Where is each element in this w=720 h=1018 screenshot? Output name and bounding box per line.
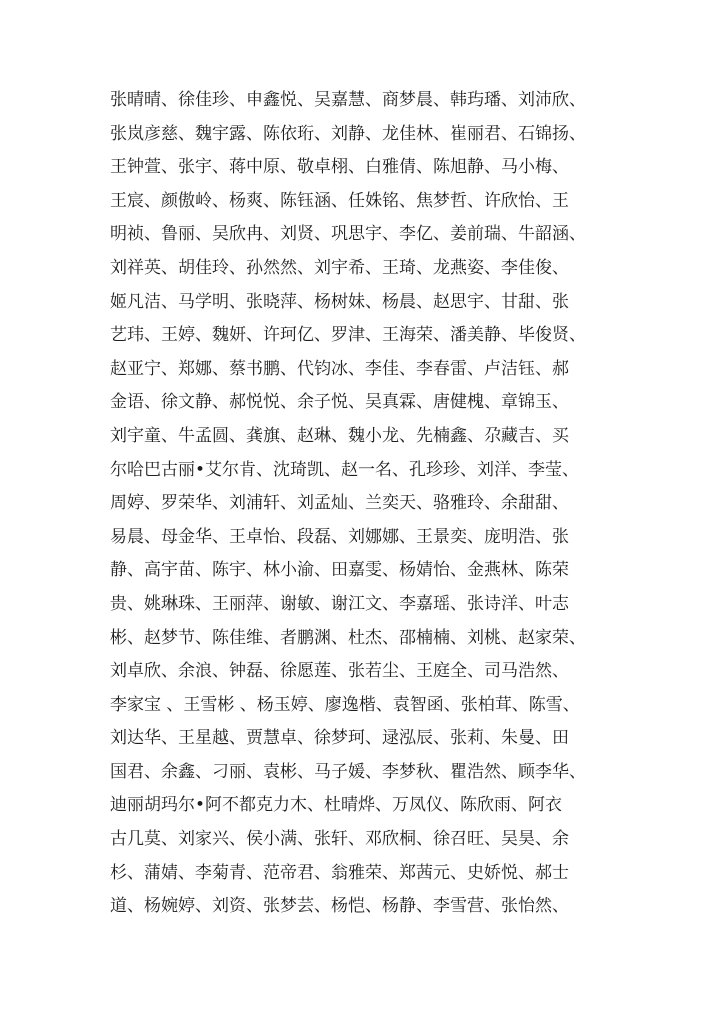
text-line: 刘达华、王星越、贾慧卓、徐梦珂、逯泓辰、张莉、朱曼、田 (110, 722, 600, 756)
text-line: 道、杨婉婷、刘资、张梦芸、杨恺、杨静、李雪营、张怡然、 (110, 890, 600, 924)
text-line: 刘宇童、牛孟圆、龚旗、赵琳、魏小龙、先楠鑫、尕藏吉、买 (110, 420, 600, 454)
text-line: 贵、姚琳珠、王丽萍、谢敏、谢江文、李嘉瑶、张诗洋、叶志 (110, 588, 600, 622)
text-line: 易晨、母金华、王卓怡、段磊、刘娜娜、王景奕、庞明浩、张 (110, 521, 600, 555)
text-line: 周婷、罗荣华、刘浦轩、刘孟灿、兰奕天、骆雅玲、余甜甜、 (110, 487, 600, 521)
text-line: 迪丽胡玛尔•阿不都克力木、杜晴烨、万凤仪、陈欣雨、阿衣 (110, 789, 600, 823)
text-line: 艺玮、王婷、魏妍、许珂亿、罗津、王海荣、潘美静、毕俊贤、 (110, 319, 600, 353)
text-line: 彬、赵梦节、陈佳维、者鹏渊、杜杰、邵楠楠、刘桃、赵家荣、 (110, 622, 600, 656)
text-line: 古几莫、刘家兴、侯小满、张轩、邓欣桐、徐召旺、吴昊、余 (110, 823, 600, 857)
name-list-document: 张晴晴、徐佳珍、申鑫悦、吴嘉慧、商梦晨、韩玙璠、刘沛欣、 张岚彦慈、魏宇露、陈依… (110, 84, 600, 924)
text-line: 赵亚宁、郑娜、蔡书鹏、代钧冰、李佳、李春雷、卢洁钰、郝 (110, 353, 600, 387)
text-line: 杉、蒲婧、李菊青、范帝君、翁雅荣、郑茜元、史娇悦、郝士 (110, 857, 600, 891)
text-line: 刘卓欣、余浪、钟磊、徐愿莲、张若尘、王庭全、司马浩然、 (110, 655, 600, 689)
text-line: 国君、余鑫、刁丽、袁彬、马子媛、李梦秋、瞿浩然、顾李华、 (110, 756, 600, 790)
text-line: 静、高宇苗、陈宇、林小渝、田嘉雯、杨婧怡、金燕林、陈荣 (110, 554, 600, 588)
text-line: 张晴晴、徐佳珍、申鑫悦、吴嘉慧、商梦晨、韩玙璠、刘沛欣、 (110, 84, 600, 118)
text-line: 刘祥英、胡佳玲、孙然然、刘宇希、王琦、龙燕姿、李佳俊、 (110, 252, 600, 286)
text-line: 明祯、鲁丽、吴欣冉、刘贤、巩思宇、李亿、姜前瑞、牛韶涵、 (110, 218, 600, 252)
text-line: 王宸、颜傲岭、杨爽、陈钰涵、任姝铭、焦梦哲、许欣怡、王 (110, 185, 600, 219)
text-line: 姬凡洁、马学明、张晓萍、杨树妹、杨晨、赵思宇、甘甜、张 (110, 286, 600, 320)
text-line: 尔哈巴古丽•艾尔肯、沈琦凯、赵一名、孔珍珍、刘洋、李莹、 (110, 454, 600, 488)
text-line: 金语、徐文静、郝悦悦、余子悦、吴真霖、唐健槐、章锦玉、 (110, 386, 600, 420)
text-line: 李家宝 、王雪彬 、杨玉婷、廖逸楷、袁智函、张柏茸、陈雪、 (110, 689, 600, 723)
text-line: 王钟萱、张宇、蒋中原、敬卓栩、白雅倩、陈旭静、马小梅、 (110, 151, 600, 185)
text-line: 张岚彦慈、魏宇露、陈依珩、刘静、龙佳林、崔丽君、石锦扬、 (110, 118, 600, 152)
